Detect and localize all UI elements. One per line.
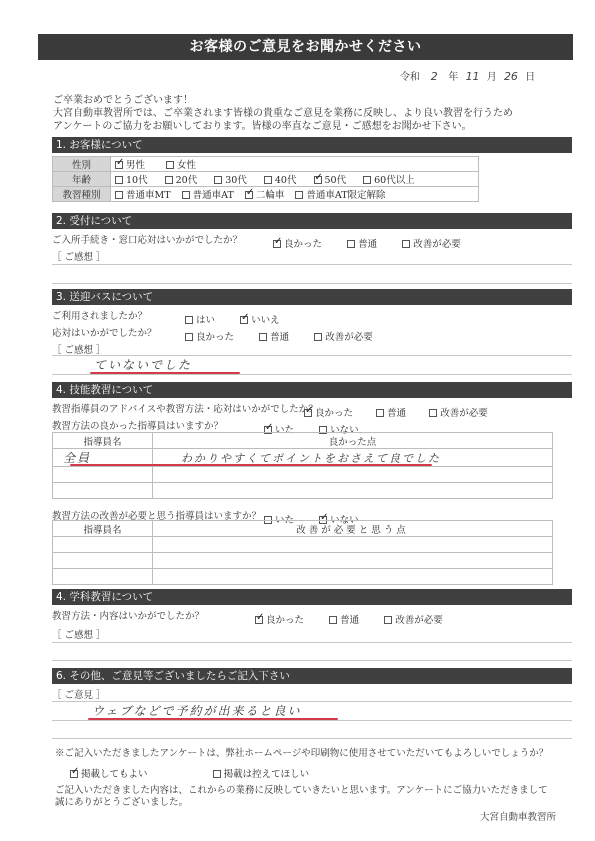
option-decline-publish[interactable]: 掲載は控えてほしい [213,766,310,780]
instructor-name-cell[interactable] [53,467,153,483]
intro-text: ご卒業おめでとうございます！ 大宮自動車教習所では、ご卒業されます皆様の貴重なご… [53,94,513,133]
date-month-unit: 月 [487,72,497,83]
date-line: 令和 2 年 11 月 26 日 [400,68,535,83]
option-good[interactable]: 良かった [273,236,322,250]
bus-service-options: 良かった 普通 改善が必要 [185,325,373,344]
intro-line-2: 大宮自動車教習所では、ご卒業されます皆様の貴重なご意見を業務に反映し、より良い教… [53,107,513,120]
checkbox-icon[interactable] [376,409,384,417]
checkbox-icon[interactable] [295,191,303,199]
checkbox-checked-icon[interactable] [240,316,248,324]
instructor-name-cell[interactable] [53,483,153,499]
option-label: 二輪車 [256,190,285,201]
checkbox-icon[interactable] [165,176,173,184]
column-header-improvement-points: 改善が必要と思う点 [153,521,553,537]
option-label: 50代 [325,175,347,186]
age-options: 10代 20代 30代 40代 50代 60代以上 [111,172,479,187]
column-header-instructor: 指導員名 [53,521,153,537]
checkbox-checked-icon[interactable] [314,176,322,184]
other-comment-handwritten[interactable]: ウェブなどで予約が出来ると良い [92,702,302,719]
option-male[interactable]: 男性 [115,157,145,171]
option-label: 改善が必要 [325,332,373,343]
improve-instructor-table: 指導員名 改善が必要と思う点 [52,520,553,585]
improvement-points-cell[interactable] [153,569,553,585]
instructor-question: 教習指導員のアドバイスや教習方法・応対はいかがでしたか？ [52,401,318,415]
option-yes[interactable]: はい [185,312,215,326]
option-average[interactable]: 普通 [259,329,289,343]
date-day-field[interactable]: 26 [500,70,522,83]
date-month-field[interactable]: 11 [462,70,484,83]
checkbox-checked-icon[interactable] [70,770,78,778]
option-age-10s[interactable]: 10代 [115,172,148,186]
good-points-cell[interactable] [153,483,553,499]
checkbox-checked-icon[interactable] [255,616,263,624]
signature: 大宮自動車教習所 [480,812,556,824]
option-label: 改善が必要 [413,239,461,250]
bus-used-question: ご利用されましたか？ [52,308,147,322]
table-row [53,569,553,585]
checkbox-icon[interactable] [185,333,193,341]
checkbox-checked-icon[interactable] [115,161,123,169]
checkbox-icon[interactable] [259,333,267,341]
option-needs-improvement[interactable]: 改善が必要 [314,329,373,343]
permission-options: 掲載してもよい 掲載は控えてほしい [70,762,309,781]
option-label: 掲載してもよい [81,769,148,780]
option-label: 良かった [196,332,234,343]
course-label: 教習種別 [53,187,111,202]
option-label: 良かった [284,239,322,250]
checkbox-icon[interactable] [402,240,410,248]
option-needs-improvement[interactable]: 改善が必要 [402,236,461,250]
gender-row: 性別 男性 女性 [53,157,479,172]
age-row: 年齢 10代 20代 30代 40代 50代 60代以上 [53,172,479,187]
checkbox-icon[interactable] [264,176,272,184]
checkbox-icon[interactable] [166,161,174,169]
section-shuttle-bus-heading: 3. 送迎バスについて [52,289,572,305]
divider [52,283,572,284]
date-day-unit: 日 [525,72,535,83]
option-label: 10代 [126,175,148,186]
table-header-row: 指導員名 良かった点 [53,433,553,449]
option-label: 普通車AT [193,190,234,201]
improvement-points-cell[interactable] [153,553,553,569]
option-age-20s[interactable]: 20代 [165,172,198,186]
checkbox-icon[interactable] [115,191,123,199]
classroom-question: 教習方法・内容はいかがでしたか？ [52,608,204,622]
option-at[interactable]: 普通車AT [182,187,234,201]
instructor-name-cell[interactable] [53,569,153,585]
option-label: 普通 [358,239,377,250]
table-row [53,467,553,483]
option-no[interactable]: いいえ [240,312,280,326]
gender-options: 男性 女性 [111,157,479,172]
checkbox-icon[interactable] [329,616,337,624]
closing-line-1: ご記入いただきました内容は、これからの業務に反映していきたいと思います。アンケー… [55,785,548,797]
table-header-row: 指導員名 改善が必要と思う点 [53,521,553,537]
checkbox-checked-icon[interactable] [273,240,281,248]
section-driving-lessons-heading: 4. 技能教習について [52,382,572,398]
checkbox-icon[interactable] [347,240,355,248]
option-label: 普通車AT限定解除 [306,190,385,201]
table-row [53,483,553,499]
option-label: 40代 [275,175,297,186]
instructor-name-cell[interactable] [53,553,153,569]
option-mt[interactable]: 普通車MT [115,187,171,201]
checkbox-checked-icon[interactable] [304,409,312,417]
reception-comment-line[interactable] [52,264,572,265]
option-average[interactable]: 普通 [376,405,406,419]
section-other-heading: 6. その他、ご意見等ございましたらご記入下さい [52,668,572,684]
option-label: 60代以上 [374,175,415,186]
option-label: 良かった [266,615,304,626]
option-label: 普通車MT [126,190,171,201]
option-label: 20代 [176,175,198,186]
reception-comment-label: ［ ご感想 ］ [52,249,106,263]
permission-question: ※ご記入いただきましたアンケートは、弊社ホームページや印刷物に使用させていただい… [55,748,548,760]
divider [52,374,572,375]
section-reception-heading: 2. 受付について [52,213,572,229]
checkbox-icon[interactable] [214,176,222,184]
checkbox-icon[interactable] [115,176,123,184]
course-options: 普通車MT 普通車AT 二輪車 普通車AT限定解除 [111,187,479,202]
column-header-instructor: 指導員名 [53,433,153,449]
option-label: 改善が必要 [440,408,488,419]
option-good[interactable]: 良かった [185,329,234,343]
option-age-30s[interactable]: 30代 [214,172,247,186]
option-label: 普通 [270,332,289,343]
intro-line-3: アンケートのご協力をお願いしております。皆様の率直なご意見・ご感想をお聞かせ下さ… [53,120,513,133]
checkbox-icon[interactable] [363,176,371,184]
section-customer-heading: 1. お客様について [52,137,572,153]
bus-comment-handwritten[interactable]: ていないでした [94,356,192,373]
option-label: 普通 [340,615,359,626]
option-good[interactable]: 良かった [304,405,353,419]
checkbox-icon[interactable] [213,770,221,778]
checkbox-checked-icon[interactable] [245,191,253,199]
checkbox-icon[interactable] [182,191,190,199]
reception-options: 良かった 普通 改善が必要 [273,232,461,251]
option-age-60s-plus[interactable]: 60代以上 [363,172,415,186]
option-label: 男性 [126,160,145,171]
option-motorcycle[interactable]: 二輪車 [245,187,285,201]
option-female[interactable]: 女性 [166,157,196,171]
option-allow-publish[interactable]: 掲載してもよい [70,766,148,780]
option-label: 掲載は控えてほしい [224,769,310,780]
table-row [53,537,553,553]
checkbox-icon[interactable] [314,333,322,341]
reception-question: ご入所手続き・窓口応対はいかがでしたか？ [52,232,242,246]
closing-line-2: 誠にありがとうございました。 [55,797,548,809]
divider [52,738,572,739]
checkbox-icon[interactable] [429,409,437,417]
option-needs-improvement[interactable]: 改善が必要 [429,405,488,419]
classroom-comment-line[interactable] [52,642,572,643]
improvement-points-cell[interactable] [153,537,553,553]
classroom-options: 良かった 普通 改善が必要 [255,608,443,627]
good-points-cell[interactable] [153,467,553,483]
divider [52,660,572,661]
red-underline [70,464,432,466]
gender-label: 性別 [53,157,111,172]
customer-info-table: 性別 男性 女性 年齢 10代 20代 30代 40代 50代 60代以上 教習… [52,156,479,202]
option-good[interactable]: 良かった [255,612,304,626]
option-label: 普通 [387,408,406,419]
good-instructor-question: 教習方法の良かった指導員はいますか？ [52,418,223,432]
section-classroom-heading: 4. 学科教習について [52,589,572,605]
option-at-limit-removal[interactable]: 普通車AT限定解除 [295,187,385,201]
date-year-unit: 年 [448,72,458,83]
column-header-good-points: 良かった点 [153,433,553,449]
date-era: 令和 [400,72,420,83]
bus-comment-label: ［ ご感想 ］ [52,342,106,356]
option-label: 改善が必要 [395,615,443,626]
instructor-name-cell[interactable] [53,537,153,553]
table-row [53,553,553,569]
closing-text: ご記入いただきました内容は、これからの業務に反映していきたいと思います。アンケー… [55,785,548,809]
date-year-field[interactable]: 2 [423,70,445,83]
classroom-comment-label: ［ ご感想 ］ [52,627,106,641]
option-needs-improvement[interactable]: 改善が必要 [384,612,443,626]
option-average[interactable]: 普通 [347,236,377,250]
intro-line-1: ご卒業おめでとうございます！ [53,94,513,107]
age-label: 年齢 [53,172,111,187]
option-label: 30代 [225,175,247,186]
bus-service-question: 応対はいかがでしたか？ [52,325,157,339]
option-label: 女性 [177,160,196,171]
form-title: お客様のご意見をお聞かせください [38,34,573,60]
divider [52,720,572,721]
checkbox-icon[interactable] [185,316,193,324]
course-row: 教習種別 普通車MT 普通車AT 二輪車 普通車AT限定解除 [53,187,479,202]
option-age-50s[interactable]: 50代 [314,172,347,186]
checkbox-icon[interactable] [384,616,392,624]
option-age-40s[interactable]: 40代 [264,172,297,186]
option-average[interactable]: 普通 [329,612,359,626]
other-comment-label: ［ ご意見 ］ [52,687,106,701]
